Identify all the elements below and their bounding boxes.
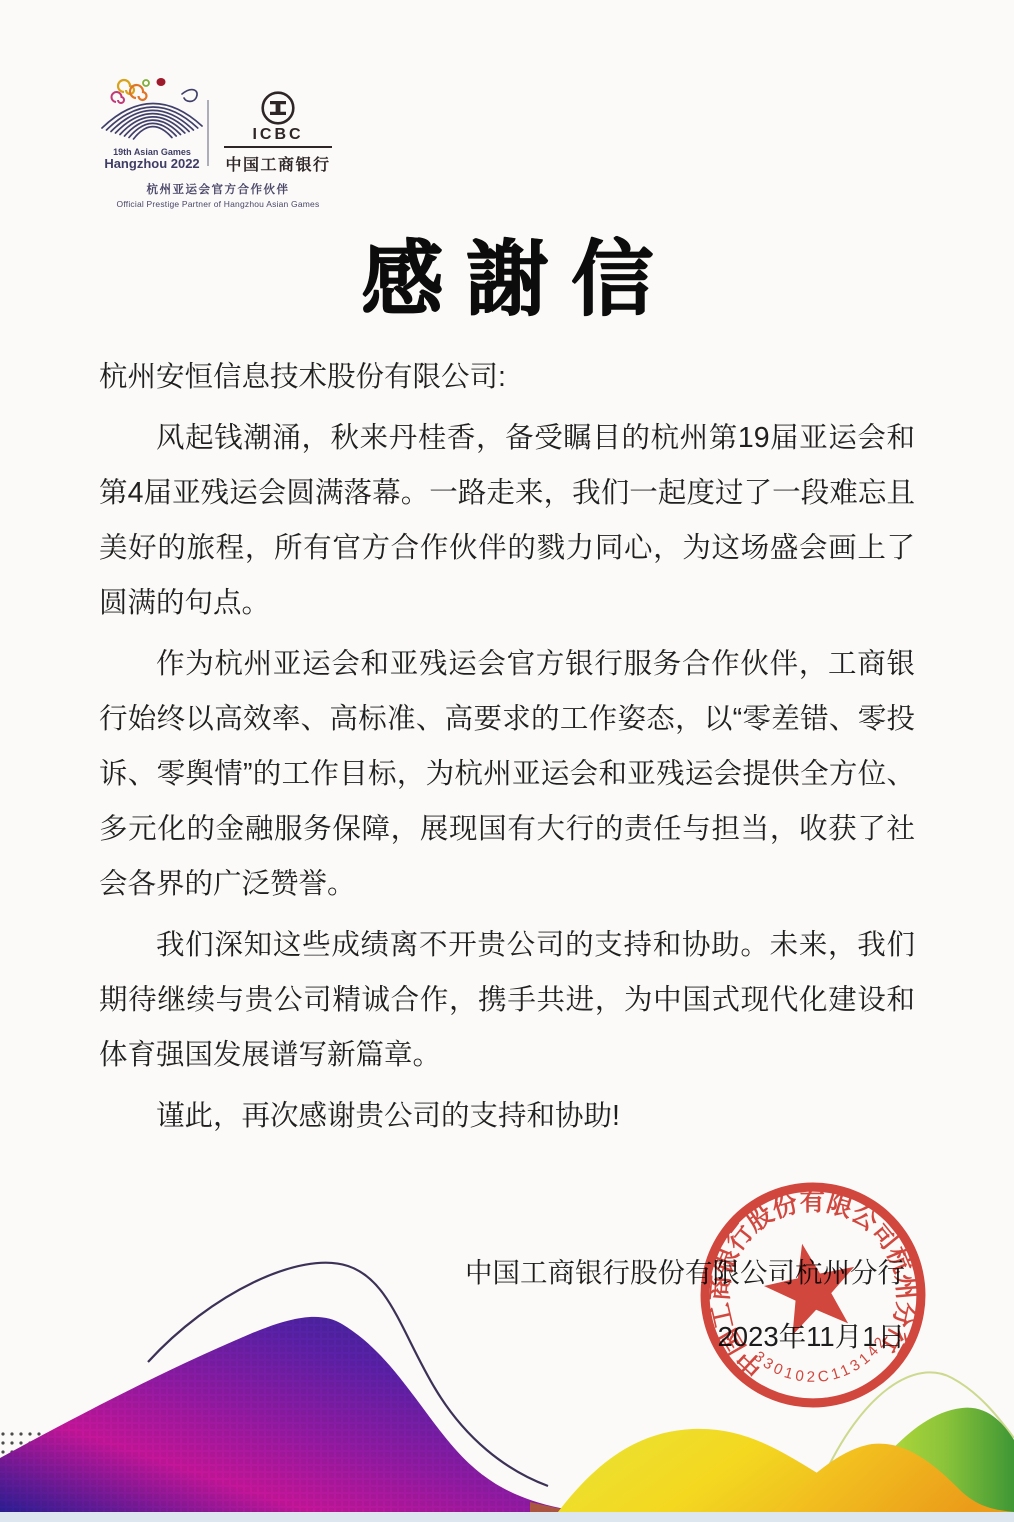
paragraph-2: 作为杭州亚运会和亚残运会官方银行服务合作伙伴，工商银行始终以高效率、高标准、高要… xyxy=(99,637,915,912)
icbc-logo: ICBC 中国工商银行 xyxy=(222,90,334,175)
icbc-name-cn: 中国工商银行 xyxy=(222,152,334,175)
paragraph-1: 风起钱潮涌，秋来丹桂香，备受瞩目的杭州第19届亚运会和第4届亚残运会圆满落幕。一… xyxy=(99,411,915,631)
bottom-waves-decoration xyxy=(0,1242,1014,1522)
icbc-coin-icon xyxy=(260,90,296,126)
salutation: 杭州安恒信息技术股份有限公司: xyxy=(99,350,915,405)
bottom-edge-strip xyxy=(0,1512,1014,1522)
asian-games-fan-icon xyxy=(102,90,202,139)
asian-games-emblem: 19th Asian Games Hangzhou 2022 xyxy=(92,70,216,174)
icbc-acronym: ICBC xyxy=(222,127,334,143)
partner-tagline-zh: 杭州亚运会官方合作伙伴 xyxy=(58,181,378,197)
page-title: 感謝信 xyxy=(0,214,1014,331)
purple-mountain-texture xyxy=(0,1317,575,1512)
letter-body: 杭州安恒信息技术股份有限公司: 风起钱潮涌，秋来丹桂香，备受瞩目的杭州第19届亚… xyxy=(99,350,915,1144)
emblem-sun-icon xyxy=(157,78,166,86)
partner-tagline-en: Official Prestige Partner of Hangzhou As… xyxy=(58,199,378,209)
partner-tagline: 杭州亚运会官方合作伙伴 Official Prestige Partner of… xyxy=(58,181,378,209)
emblem-wave-swirls-icon xyxy=(112,80,149,103)
logo-divider xyxy=(207,100,209,166)
closing-line: 谨此，再次感谢贵公司的支持和协助! xyxy=(99,1089,915,1144)
thank-you-letter-page: 19th Asian Games Hangzhou 2022 ICBC 中国工商… xyxy=(0,0,1014,1522)
icbc-rule xyxy=(224,146,332,148)
asian-games-line2: Hangzhou 2022 xyxy=(104,156,199,171)
paragraph-3: 我们深知这些成绩离不开贵公司的支持和协助。未来，我们期待继续与贵公司精诚合作，携… xyxy=(99,918,915,1083)
